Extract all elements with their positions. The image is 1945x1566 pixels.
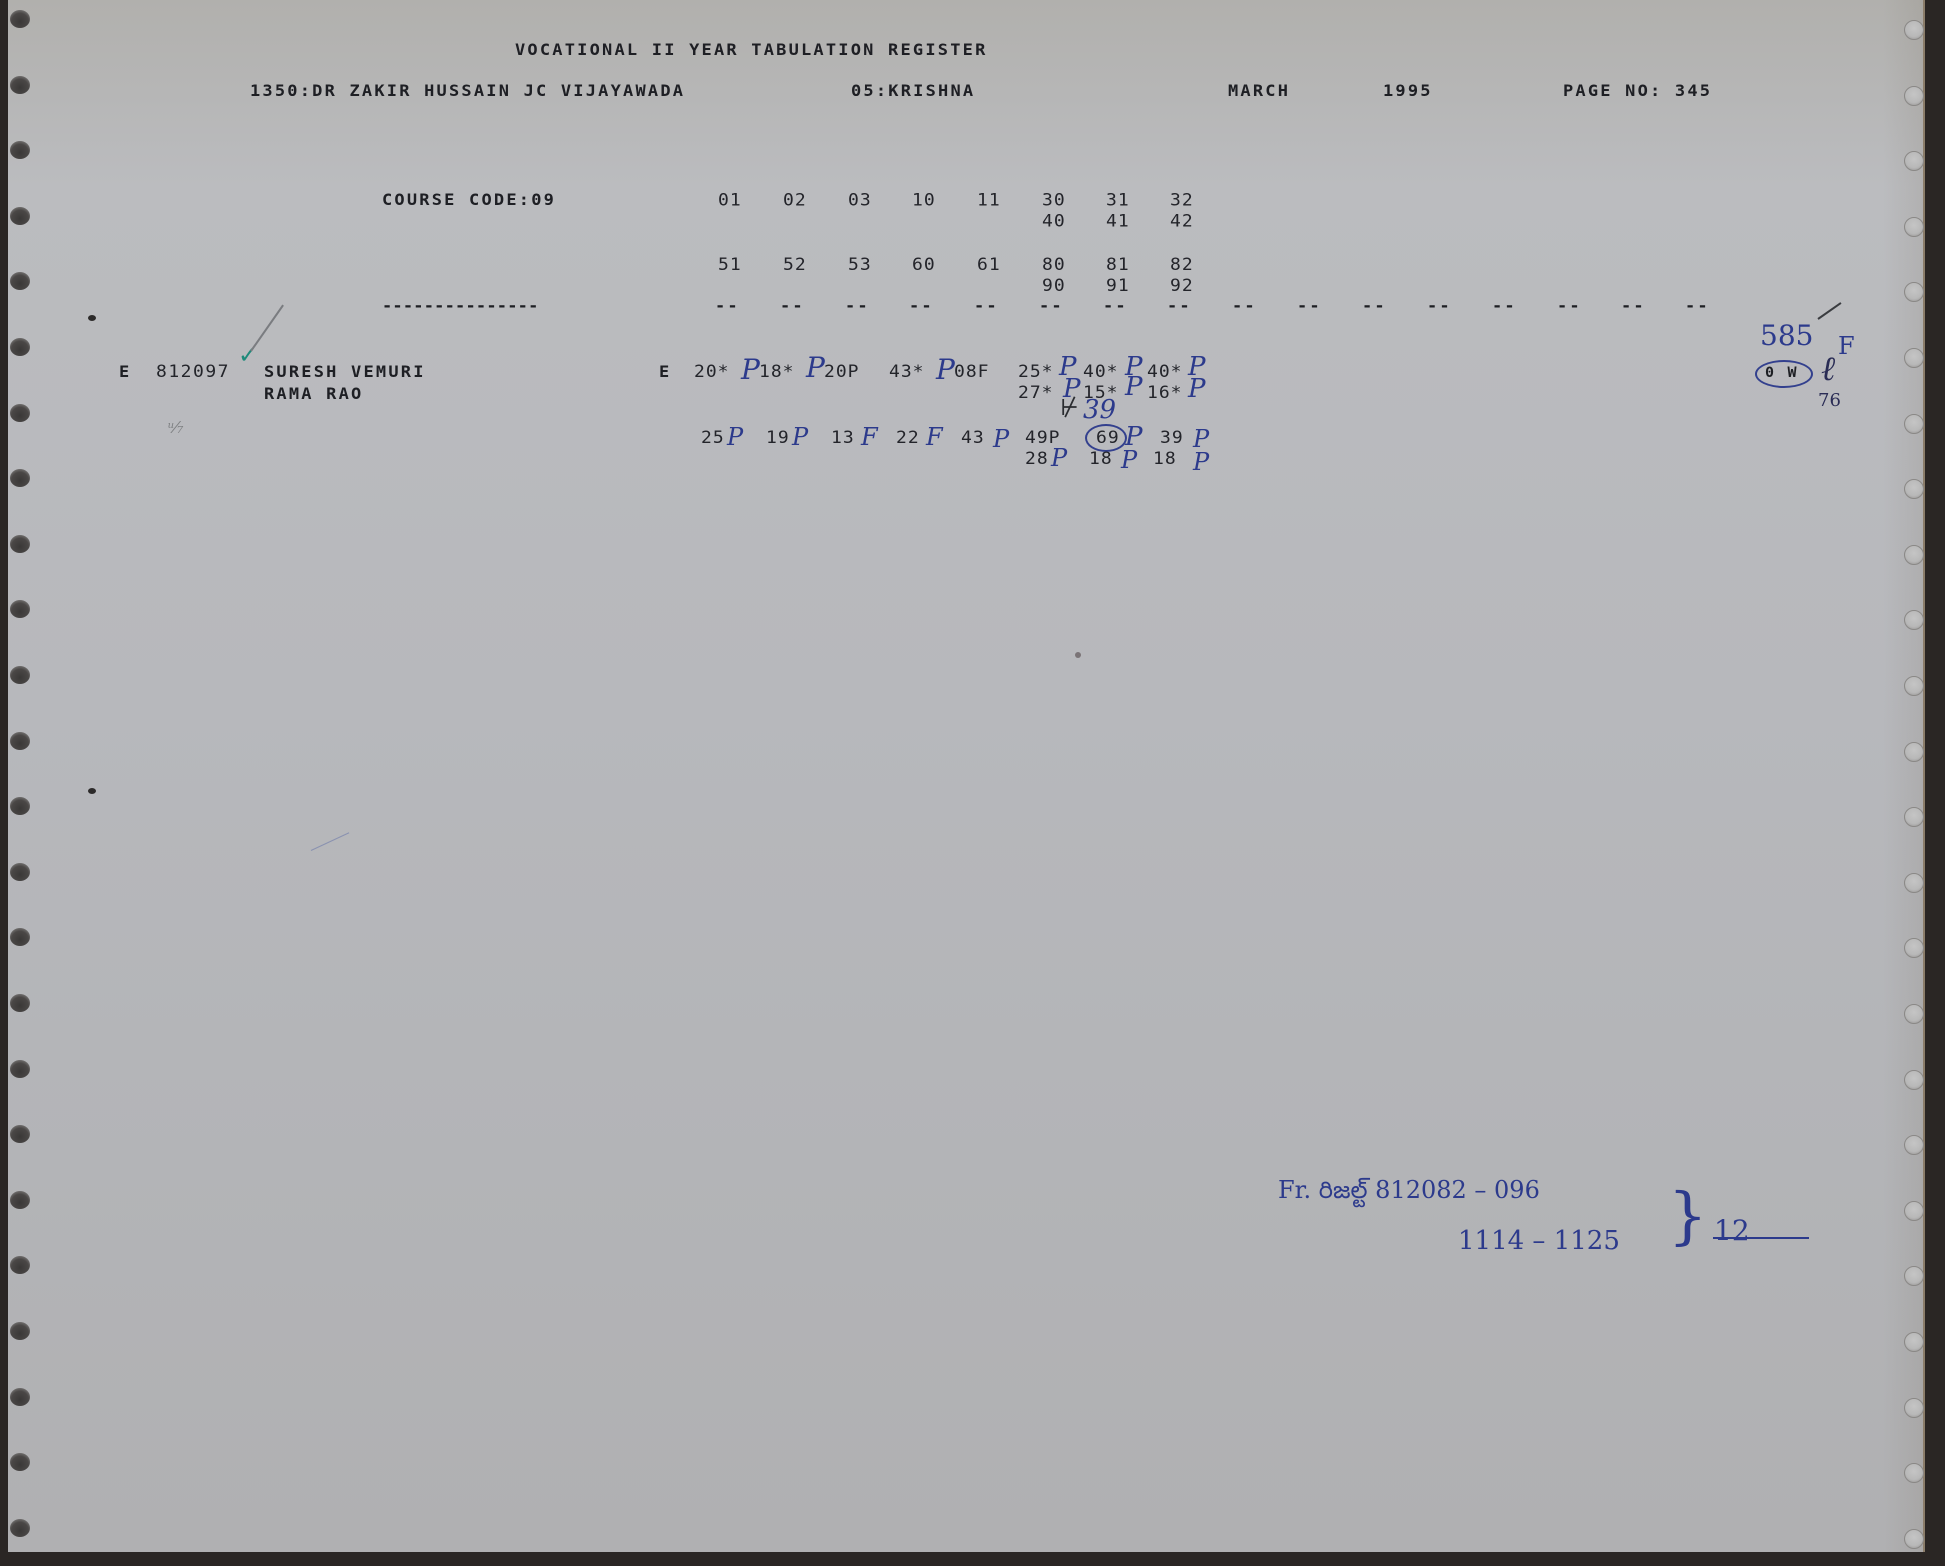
binding-hole [10,666,30,684]
subject-code: 60 [912,256,936,273]
subject-code: 30 [1042,192,1066,209]
binding-hole [1904,873,1924,893]
subject-code: 52 [783,256,807,273]
tabulation-register-page: VOCATIONAL II YEAR TABULATION REGISTER 1… [8,0,1925,1552]
mark-91: 18 [1089,450,1113,467]
dash: -- [1362,298,1387,314]
binding-hole [10,141,30,159]
pen-stroke [311,832,349,851]
subject-code: 80 [1042,256,1066,273]
binding-hole [1904,1004,1924,1024]
subject-code: 03 [848,192,872,209]
hand-result: P [792,425,808,449]
hand-result: P [1121,448,1137,472]
subject-code: 61 [977,256,1001,273]
binding-hole [10,1388,30,1406]
dash: -- [1103,298,1128,314]
binding-hole [1904,1398,1924,1418]
dash: -- [1492,298,1517,314]
separator-line: --------------- [382,298,539,314]
dash: -- [1427,298,1452,314]
hand-result: P [1193,450,1209,474]
mark-01: 20* [694,363,730,380]
ink-speck [88,315,96,321]
brace-icon: } [1668,1185,1707,1247]
mark-82: 39 [1160,429,1184,446]
dash: -- [1685,298,1710,314]
dash: -- [909,298,934,314]
binding-hole [1904,1201,1924,1221]
binding-hole [1904,20,1924,40]
exam-month: MARCH [1228,83,1290,99]
subject-code: 90 [1042,277,1066,294]
binding-hole [10,338,30,356]
mark-92: 18 [1153,450,1177,467]
binding-hole [1904,1529,1924,1549]
binding-hole [10,1453,30,1471]
student-name-line2: RAMA RAO [264,386,363,402]
subject-code: 01 [718,192,742,209]
result-code: 0 W [1765,365,1799,379]
binding-hole [1904,86,1924,106]
hand-result: P [993,427,1009,451]
hand-result: F [926,425,943,449]
binding-hole [1904,414,1924,434]
subject-code: 92 [1170,277,1194,294]
mark-32: 40* [1147,363,1183,380]
binding-hole [10,207,30,225]
mark-60: 22 [896,429,920,446]
mark-53: 13 [831,429,855,446]
hand-result: P [806,354,825,382]
underline-stroke [1713,1237,1809,1239]
mark-90: 28 [1025,450,1049,467]
hand-result: P [1051,446,1067,470]
hand-result: P [936,356,955,384]
signature-icon: ℓ [1821,352,1835,386]
hand-result: P [1188,376,1206,402]
subject-code: 51 [718,256,742,273]
subject-code: 31 [1106,192,1130,209]
binding-hole [10,863,30,881]
mark-02: 18* [759,363,795,380]
mark-30: 25* [1018,363,1054,380]
tick-stroke [1817,302,1841,320]
subject-code: 11 [977,192,1001,209]
dash: -- [845,298,870,314]
dash: -- [1557,298,1582,314]
binding-hole [10,797,30,815]
mark-10: 43* [889,363,925,380]
dash: -- [780,298,805,314]
dash: -- [1167,298,1192,314]
strike-mark: ⊬ [1060,398,1079,420]
binding-hole [10,76,30,94]
dash: -- [1297,298,1322,314]
binding-hole [1904,1332,1924,1352]
binding-hole [10,469,30,487]
roll-number: 812097 [156,363,230,380]
ink-speck [88,788,96,794]
medium-code: E [659,364,671,380]
dash: -- [1621,298,1646,314]
dash: -- [1232,298,1257,314]
binding-hole [10,1060,30,1078]
exam-year: 1995 [1383,83,1433,99]
signature-number: 76 [1818,392,1841,410]
hand-result: F [861,425,878,449]
mark-40: 27* [1018,384,1054,401]
mark-61: 43 [961,429,985,446]
mark-51: 25 [701,429,725,446]
college-name: 1350:DR ZAKIR HUSSAIN JC VIJAYAWADA [250,83,685,99]
binding-hole [1904,1070,1924,1090]
total-marks: 585 [1760,322,1813,350]
subject-code: 32 [1170,192,1194,209]
binding-hole [10,1256,30,1274]
dash: -- [974,298,999,314]
footer-note-line2: 1114 – 1125 [1458,1228,1620,1254]
binding-hole [10,10,30,28]
binding-hole [1904,545,1924,565]
binding-hole [10,535,30,553]
subject-code: 81 [1106,256,1130,273]
subject-code: 41 [1106,213,1130,230]
subject-code: 82 [1170,256,1194,273]
binding-hole [10,928,30,946]
footer-total: 12 [1714,1217,1750,1245]
mark-52: 19 [766,429,790,446]
binding-hole [10,732,30,750]
page-number: PAGE NO: 345 [1563,83,1712,99]
binding-hole [10,1519,30,1537]
register-title: VOCATIONAL II YEAR TABULATION REGISTER [515,42,988,58]
margin-scribble: ᵘ⁄₇ [168,420,183,436]
mark-03: 20P [824,363,860,380]
binding-hole [10,1125,30,1143]
binding-hole [1904,348,1924,368]
result-letter: F [1838,334,1855,358]
pencil-stroke [250,305,284,352]
binding-hole [10,1191,30,1209]
dash: -- [715,298,740,314]
hand-result: P [741,356,760,384]
subject-code: 42 [1170,213,1194,230]
subject-code: 02 [783,192,807,209]
district-name: 05:KRISHNA [851,83,975,99]
ink-speck [1075,652,1081,658]
binding-hole [1904,676,1924,696]
corrected-mark: 39 [1083,397,1116,423]
mark-31: 40* [1083,363,1119,380]
binding-hole [1904,742,1924,762]
student-name-line1: SURESH VEMURI [264,364,426,380]
binding-hole [10,272,30,290]
binding-hole [1904,217,1924,237]
binding-hole [10,994,30,1012]
subject-code: 91 [1106,277,1130,294]
binding-hole [10,404,30,422]
binding-hole [10,600,30,618]
footer-note-line1: Fr. రిజల్ట్ 812082 – 096 [1278,1178,1540,1202]
mark-11: 08F [954,363,990,380]
binding-hole [10,1322,30,1340]
course-code-label: COURSE CODE:09 [382,192,556,208]
hand-result: P [727,425,743,449]
subject-code: 40 [1042,213,1066,230]
subject-code: 10 [912,192,936,209]
hand-result: P [1125,374,1143,400]
dash: -- [1039,298,1064,314]
mark-42: 16* [1147,384,1183,401]
subject-code: 53 [848,256,872,273]
record-flag: E [119,364,131,380]
